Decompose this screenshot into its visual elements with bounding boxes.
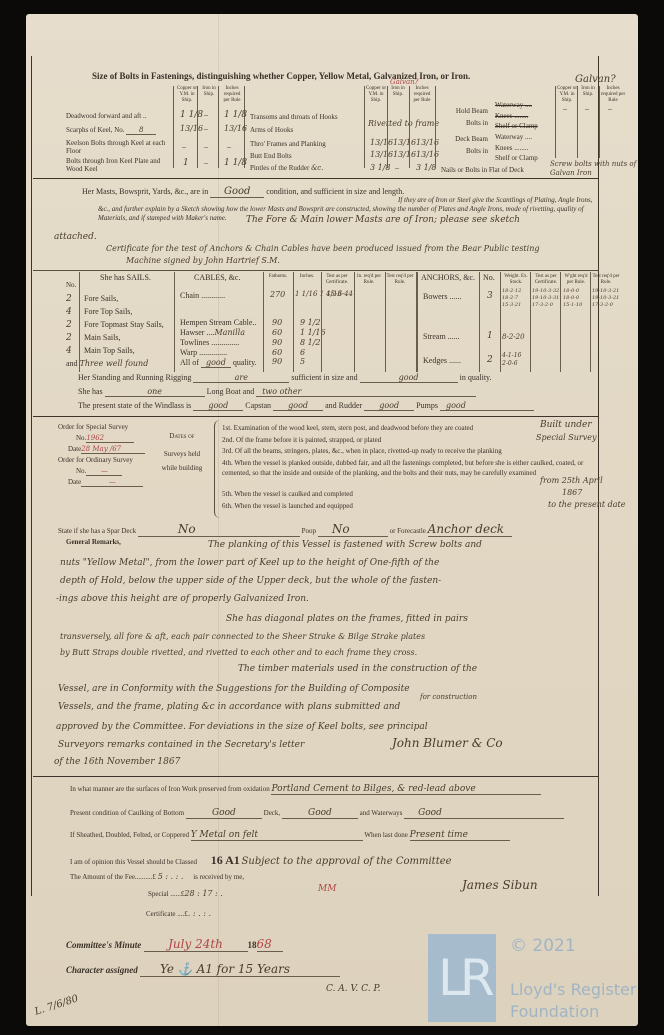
bolts-right-col-iron: Iron in Ship. [578,86,598,98]
anchors-col-test: Test as per Certificate. [531,274,561,286]
special-survey-label: Order for Special Survey [58,423,128,431]
bolt-row-ym: 1 1/8 [180,110,203,120]
bolts-right-col-ym: Copper or Y.M. in Ship. [556,86,578,104]
cables-header: CABLES, &c. [194,273,240,282]
hooks-rivetted-note: Rivetted to frame [368,119,439,128]
bolts-col-iron: Iron in Ship. [199,86,219,98]
watermark-copyright: © 2021 [510,936,576,956]
survey-step: 1st. Examination of the wood keel, stem,… [222,424,512,432]
cables-col-inreq: In. req'd per Rule. [355,274,383,286]
survey-step: 6th. When the vessel is launched and equ… [222,502,512,510]
sail-count: 2 [66,320,72,330]
bolts-right-col-rule: Inches required per Rule [600,86,626,104]
special-survey-date: Date28 May /67 [68,445,145,454]
survey-note: 1867 [562,488,582,497]
sail-count: 2 [66,333,72,343]
cable-label: Towlines .............. [180,338,239,347]
remark-line: by Butt Straps double rivetted, and rive… [60,648,417,657]
bolt-row-iron: – [204,124,208,133]
dates-of-surveys-label-3: while building [148,464,216,472]
survey-note: Special Survey [536,433,596,442]
deck-beam-item: Waterway .... [495,133,532,141]
cable-fathoms: 60 [272,328,282,337]
bolt-mid-iron: 13/16 [393,150,416,159]
bolt-row-rule: – [227,142,231,151]
sheathing-line: If Sheathed, Doubled, Felted, or Coppere… [70,830,510,841]
rigging-line: Her Standing and Running Rigging are suf… [78,373,492,383]
surveyor-signature: James Sibun [462,878,538,892]
sails-no-header: No. [66,281,76,289]
bolt-row-ym: 1 [183,158,189,168]
bolt-row-rule: 1 1/8 [224,110,247,120]
remark-line: nuts "Yellow Metal", from the lower part… [60,558,439,568]
caulking-line: Present condition of Caulking of Bottom … [70,808,564,819]
cable-label: Hawser ....Manilla [180,328,245,337]
anchors-col-reqweight: W'ght req'd per Rule. [561,274,591,286]
deck-beam-item: Shelf or Clamp [495,154,538,162]
ordinary-survey-no: No.— [76,467,122,476]
bolt-row-label: Bolts through Iron Keel Plate and Wood K… [66,157,172,173]
cables-col-test: Test as per Certificate. [322,274,352,286]
anchor-req-tests: 19-10-3-2119-10-3-2117-3-2-0 [592,288,619,309]
class-note: Subject to the approval of the Committee [242,856,452,867]
remark-insertion: for construction [420,693,477,701]
lr-logo: LR [428,934,496,1022]
sails-header: She has SAILS. [100,273,151,282]
remark-line: -ings above this height are of properly … [56,594,309,604]
bolts-mid-col-rule: Inches required per Rule [410,86,434,104]
remark-line: of the 16th November 1867 [54,757,180,767]
bolt-row-ym: – [182,142,186,151]
bolt-row-iron: – [204,142,208,151]
windlass-line: The present state of the Windlass is goo… [78,401,534,411]
cable-fathoms: 270 [270,290,285,299]
sail-label: Main Sails, [84,333,120,342]
ordinary-survey-date: Date— [68,478,143,487]
hold-beam-label: Hold Beam Bolts in [440,105,488,129]
builder-signature: John Blumer & Co [392,736,503,750]
cables-col-testreq: Test req'd per Rule. [386,274,414,286]
anchor-weights: 4-1-162-0-6 [502,352,521,368]
watermark-line2: Foundation [510,1002,599,1021]
bolt-mid-iron: 13/16 [393,138,416,147]
bolt-mid-row-label: Arms of Hooks [250,126,293,134]
galvan-annotation-right: Galvan? [575,74,616,85]
sail-label: Main Top Sails, [84,346,135,355]
bolt-row-iron: – [204,158,208,167]
remark-line: transversely, all fore & aft, each pair … [60,632,425,641]
bolt-mid-row-label: Butt End Bolts [250,152,292,160]
cable-label: Chain ............ [180,291,225,300]
deck-beam-item: Knees ........ [495,144,528,152]
watermark-line1: Lloyd's Register [510,980,636,999]
hold-beam-item: Waterway .... [495,101,532,109]
cable-label: Hempen Stream Cable.. [180,318,256,327]
bolt-row-label: Keelson Bolts through Keel at each Floor [66,139,172,155]
anchor-label: Bowers ...... [423,292,461,301]
anchor-label: Stream ...... [423,332,460,341]
anchors-col-no: No. [483,273,495,282]
remark-line: Vessels, and the frame, plating &c in ac… [58,702,400,712]
bolt-row-ym: 13/16 [180,124,203,133]
bolts-mid-col-ym: Copper or Y.M. in Ship. [365,86,387,104]
remark-line: depth of Hold, below the upper side of t… [60,576,441,586]
anchors-col-weight: Weight. Ex. Stock. [501,274,531,286]
cable-inches: 8 1/2 [300,338,321,347]
sail-label: Fore Sails, [84,294,118,303]
hold-beam-rule: – [608,104,612,113]
bolt-row-iron: – [204,110,208,119]
anchor-weight: 8-2-20 [502,333,525,341]
anchor-count: 2 [487,355,493,365]
bolt-mid-ym: 13/16 [370,138,393,147]
boats-line: She has one Long Boat and two other [78,387,476,397]
bolt-row-label: Deadwood forward and aft .. [66,112,146,120]
survey-step: 5th. When the vessel is caulked and comp… [222,490,512,498]
cable-inches: 6 [300,348,305,357]
cables-col-inches: Inches. [294,274,320,280]
anchor-req-weights: 18-0-018-0-015-1-10 [563,288,582,309]
receiver-initials: MM [318,884,336,894]
bolt-mid-iron: – [395,163,399,172]
hold-beam-item: Shelf or Clamp [495,122,538,130]
nails-flat-deck-label: Nails or Bolts in Flat of Deck [441,166,524,174]
anchor-label: Kedges ...... [423,356,461,365]
bolt-row-rule: 1 1/8 [224,158,247,168]
bolt-row-label: Scarphs of Keel, No. 8 [66,126,156,135]
cable-fathoms: 90 [272,338,282,347]
masts-handwritten-note: The Fore & Main lower Masts are of Iron;… [246,215,520,225]
sail-count: 4 [66,307,72,317]
remark-line: Vessel, are in Conformity with the Sugge… [58,684,410,694]
sail-count: 4 [66,346,72,356]
galvan-annotation: Galvan? [390,78,418,86]
sail-count: 2 [66,294,72,304]
remark-line: She has diagonal plates on the frames, f… [226,614,468,624]
general-remarks-label: General Remarks, [66,538,121,546]
survey-note: Built under [540,420,592,430]
anchors-col-reqtest: Test req'd per Rule. [591,274,621,286]
cable-fathoms: 90 [272,357,282,366]
cable-fathoms: 60 [272,348,282,357]
sail-label: Fore Top Sails, [84,307,132,316]
cable-label: Warp .............. [180,348,227,357]
remark-line: The planking of this Vessel is fastened … [208,540,482,550]
survey-note: to the present date [548,500,626,509]
survey-step: 2nd. Of the frame before it is painted, … [222,436,512,444]
anchor-certificate-signed: Machine signed by John Hartrief S.M. [126,256,280,265]
special-survey-no: No.1962 [76,434,134,443]
survey-note: from 25th April [540,476,603,485]
dates-of-surveys-label-2: Surveys held [148,450,216,458]
survey-step: 4th. When the vessel is planked outside,… [222,458,592,478]
character-assigned-line: Character assigned Ye ⚓ A1 for 15 Years [66,962,340,977]
class-value: 16 A1 [211,853,240,867]
remark-line: approved by the Committee. For deviation… [56,722,428,732]
class-line: I am of opinion this Vessel should be Cl… [70,853,452,868]
survey-brace [214,420,220,518]
bolt-mid-row-label: Thro' Frames and Planking [250,140,326,148]
certificate-fee-line: Certificate ....£. : . : . [146,909,211,918]
anchor-count: 1 [487,331,493,341]
iron-preservation-line: In what manner are the surfaces of Iron … [70,784,541,795]
survey-step: 3rd. Of all the beams, stringers, plates… [222,447,532,455]
cable-inches: 5 [300,357,305,366]
bolt-mid-ym: 13/16 [370,150,393,159]
character-note: C. A. V. C. P. [326,984,381,994]
keel-scarph-number: 8 [126,126,156,135]
cable-test: 45-3-44 [326,290,353,298]
bolts-mid-col-iron: Iron in Ship. [388,86,408,98]
bolts-col-rule: Inches required per Rule [220,86,244,104]
cable-inches: 9 1/2 [300,318,321,327]
bolt-mid-rule: 3 1/8 [416,163,437,172]
deck-beam-label: Deck Beam Bolts in [440,133,488,157]
anchor-tests: 19-10-3-3219-10-3-3117-3-2-0 [532,288,559,309]
anchors-header: ANCHORS, &c. [421,273,475,282]
anchor-certificate-note: Certificate for the test of Anchors & Ch… [106,244,539,253]
masts-handwritten-attached: attached. [54,232,97,242]
bolts-col-ym: Copper or Y.M. in Ship. [176,86,198,104]
committee-minute-line: Committee's Minute July 24th1868 [66,937,283,952]
sail-label: Fore Topmast Stay Sails, [84,320,164,329]
hold-beam-ym: – [563,104,567,113]
cable-quality-line: All of good quality. [180,358,257,368]
bolt-mid-row-label: Transoms and throats of Hooks [250,113,338,121]
cable-fathoms: 90 [272,318,282,327]
dates-of-surveys-label-1: Dates of [152,432,212,440]
sails-and-line: and Three well found [66,359,148,368]
bolt-mid-row-label: Pintles of the Rudder &c. [250,164,323,172]
special-fee-line: Special ......£28 : 17 : . [148,889,223,898]
anchor-count: 3 [487,291,493,301]
hold-beam-iron: – [585,104,589,113]
bolt-row-rule: 13/16 [224,124,247,133]
anchor-weights: 18-2-1218-2-715-3-21 [502,288,521,309]
remark-line: The timber materials used in the constru… [238,664,477,674]
ordinary-survey-label: Order for Ordinary Survey [58,456,133,464]
fee-line: The Amount of the Fee..........£ 5 : . :… [70,872,244,881]
decks-line: State if she has a Spar Deck No Poop No … [58,522,512,537]
nails-flat-deck-value: Screw bolts with nuts of Galvan Iron [550,160,642,178]
hold-beam-item: Knees ........ [495,112,528,120]
cables-col-fathoms: Fathoms. [264,274,292,280]
remark-line: Surveyors remarks contained in the Secre… [58,740,304,750]
